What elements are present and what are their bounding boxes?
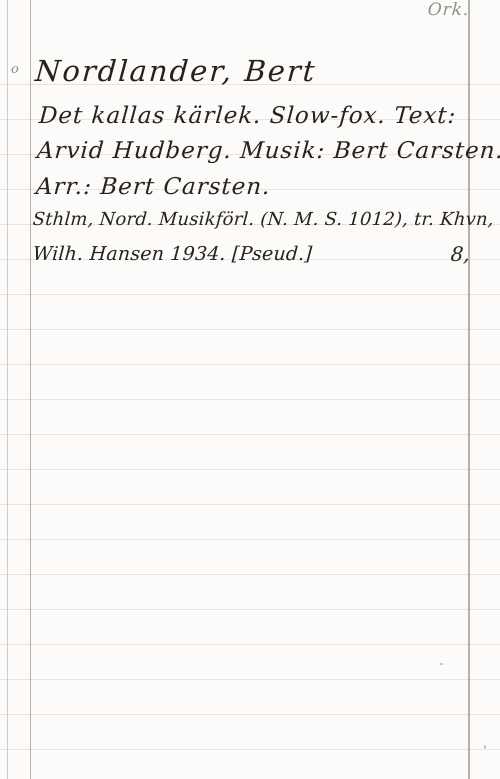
title-line: Det kallas kärlek. Slow-fox. Text: xyxy=(38,104,457,129)
card-heading-author: Nordlander, Bert xyxy=(34,56,318,88)
outer-left-edge-line xyxy=(7,0,8,779)
scan-speck xyxy=(440,663,443,665)
corner-category-note: Ork. xyxy=(427,1,470,20)
credits-line: Arvid Hudberg. Musik: Bert Carsten. xyxy=(36,139,500,164)
card-left-margin-line xyxy=(30,0,31,779)
catalog-card-scan: Ork. o Nordlander, Bert Det kallas kärle… xyxy=(0,0,500,779)
imprint-line-2: Wilh. Hansen 1934. [Pseud.] xyxy=(32,244,313,265)
right-margin-number: 8, xyxy=(450,243,471,265)
card-right-margin-line xyxy=(468,0,470,779)
arranger-line: Arr.: Bert Carsten. xyxy=(35,175,271,200)
imprint-line-1: Sthlm, Nord. Musikförl. (N. M. S. 1012),… xyxy=(32,210,494,230)
scan-speck xyxy=(484,745,486,749)
margin-circle-mark: o xyxy=(11,63,19,77)
